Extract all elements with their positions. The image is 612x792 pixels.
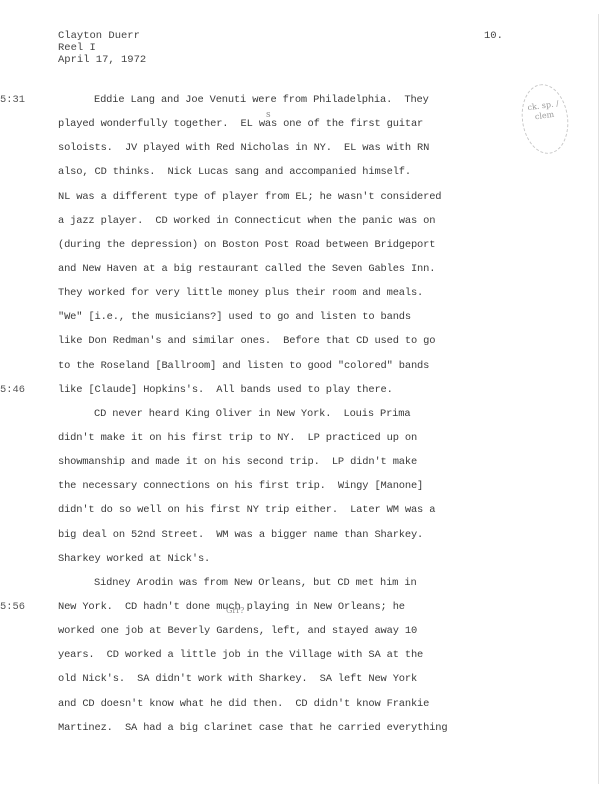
page-number: 10.	[484, 30, 503, 42]
tape-timestamp: 5:56	[0, 599, 25, 615]
transcript-line: to the Roseland [Ballroom] and listen to…	[58, 358, 558, 382]
transcript-line: also, CD thinks. Nick Lucas sang and acc…	[58, 164, 558, 188]
transcript-line: Sharkey worked at Nick's.	[58, 551, 558, 575]
transcript-line: played wonderfully together. EL was one …	[58, 116, 558, 140]
transcript-line: NL was a different type of player from E…	[58, 189, 558, 213]
transcript-line: showmanship and made it on his second tr…	[58, 454, 558, 478]
transcript-line: like Don Redman's and similar ones. Befo…	[58, 333, 558, 357]
transcript-line: Martinez. SA had a big clarinet case tha…	[58, 720, 558, 744]
transcript-line: didn't do so well on his first NY trip e…	[58, 502, 558, 526]
transcript-page: Clayton Duerr Reel I April 17, 1972 10. …	[0, 0, 612, 792]
transcript-line: Eddie Lang and Joe Venuti were from Phil…	[58, 92, 558, 116]
transcript-body: Eddie Lang and Joe Venuti were from Phil…	[58, 92, 558, 744]
transcript-line: like [Claude] Hopkins's. All bands used …	[58, 382, 558, 406]
handwritten-insert-note: Grr?	[226, 606, 244, 615]
handwritten-correction-mark: s	[266, 110, 271, 120]
transcript-line: big deal on 52nd Street. WM was a bigger…	[58, 527, 558, 551]
transcript-line: Sidney Arodin was from New Orleans, but …	[58, 575, 558, 599]
transcript-line: years. CD worked a little job in the Vil…	[58, 647, 558, 671]
reel-label: Reel I	[58, 42, 146, 54]
transcript-line: worked one job at Beverly Gardens, left,…	[58, 623, 558, 647]
transcript-line: (during the depression) on Boston Post R…	[58, 237, 558, 261]
interview-date: April 17, 1972	[58, 54, 146, 66]
transcript-line: They worked for very little money plus t…	[58, 285, 558, 309]
tape-timestamp: 5:46	[0, 382, 25, 398]
transcript-line: didn't make it on his first trip to NY. …	[58, 430, 558, 454]
transcript-line: and New Haven at a big restaurant called…	[58, 261, 558, 285]
transcript-line: the necessary connections on his first t…	[58, 478, 558, 502]
transcript-line: CD never heard King Oliver in New York. …	[58, 406, 558, 430]
transcript-line: and CD doesn't know what he did then. CD…	[58, 696, 558, 720]
transcript-line: old Nick's. SA didn't work with Sharkey.…	[58, 671, 558, 695]
document-header: Clayton Duerr Reel I April 17, 1972	[58, 30, 146, 66]
transcript-line: a jazz player. CD worked in Connecticut …	[58, 213, 558, 237]
transcript-line: New York. CD hadn't done much playing in…	[58, 599, 558, 623]
page-edge-line	[598, 14, 599, 784]
interviewee-name: Clayton Duerr	[58, 30, 146, 42]
tape-timestamp: 5:31	[0, 92, 25, 108]
transcript-line: soloists. JV played with Red Nicholas in…	[58, 140, 558, 164]
transcript-line: "We" [i.e., the musicians?] used to go a…	[58, 309, 558, 333]
